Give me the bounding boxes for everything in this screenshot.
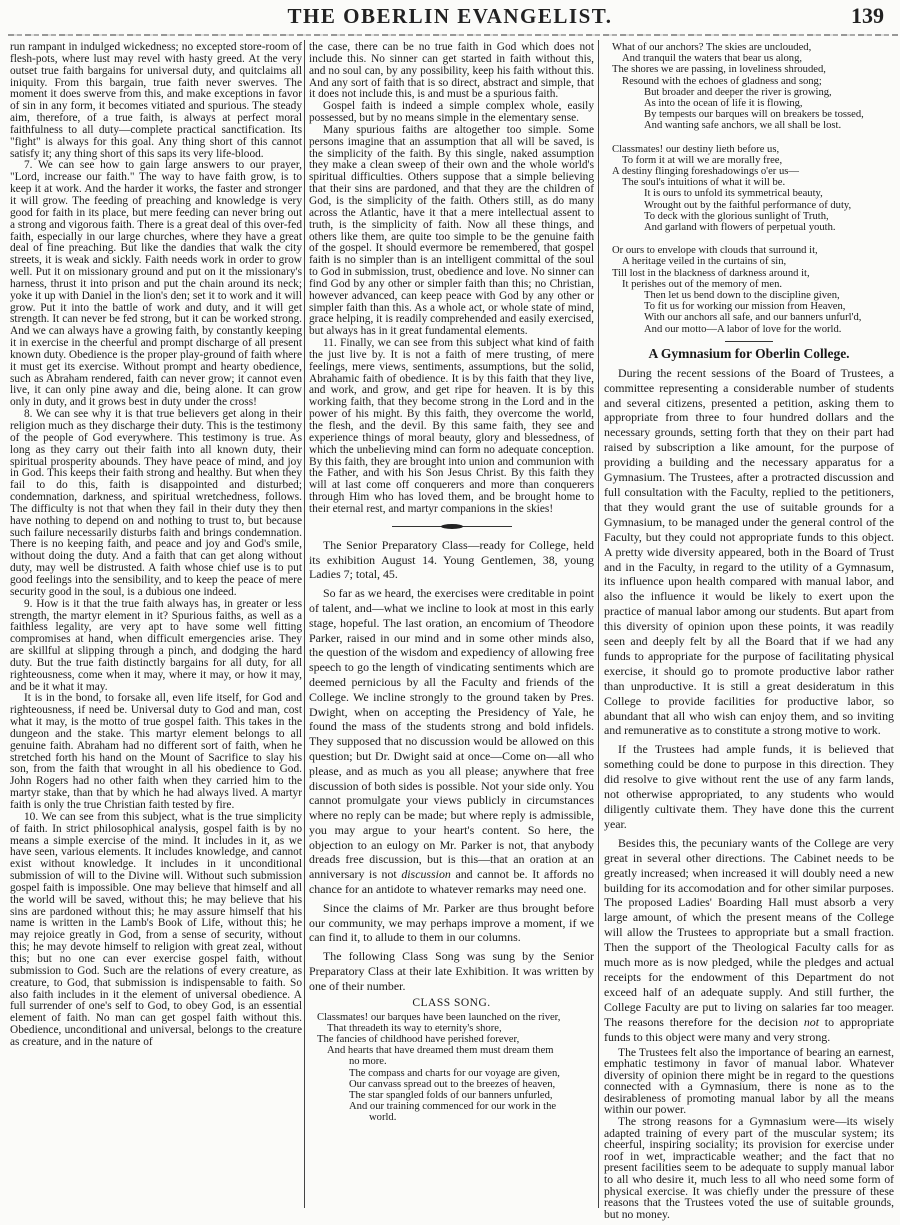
article-paragraph: Gospel faith is indeed a simple complex … <box>309 101 594 125</box>
verse-line: And our motto—A labor of love for the wo… <box>612 324 894 335</box>
verse-line: The star spangled folds of our banners u… <box>317 1090 594 1101</box>
notice-paragraph: The following Class Song was sung by the… <box>309 949 594 993</box>
verse-line: With our anchors all safe, and our banne… <box>612 312 894 323</box>
verse-line: Classmates! our destiny lieth before us, <box>612 144 894 155</box>
verse-line: Wrought out by the faithful performance … <box>612 200 894 211</box>
article-paragraph: run rampant in indulged wickedness; no e… <box>10 42 302 160</box>
article-paragraph: It is in the bond, to forsake all, even … <box>10 693 302 811</box>
song-title: CLASS SONG. <box>309 998 594 1010</box>
verse-line: A destiny flinging foreshadowings o'er u… <box>612 166 894 177</box>
verse-line: The shores we are passing, in loveliness… <box>612 64 894 75</box>
column-rule <box>304 40 305 1208</box>
verse-line: But broader and deeper the river is grow… <box>612 87 894 98</box>
verse-line: And wanting safe anchors, we all shall b… <box>612 120 894 131</box>
song-stanza: Or ours to envelope with clouds that sur… <box>612 245 894 335</box>
article-paragraph: The Trustees felt also the importance of… <box>604 1047 894 1117</box>
notice-paragraph: The Senior Preparatory Class—ready for C… <box>309 538 594 582</box>
verse-line: no more. <box>317 1056 594 1067</box>
article-paragraph: the case, there can be no true faith in … <box>309 42 594 101</box>
article-paragraph: 9. How is it that the true faith always … <box>10 599 302 694</box>
notice-paragraph: Since the claims of Mr. Parker are thus … <box>309 901 594 945</box>
song-stanza: Classmates! our destiny lieth before us,… <box>612 144 894 234</box>
column-rule <box>598 40 599 1208</box>
verse-line: Till lost in the blackness of darkness a… <box>612 268 894 279</box>
verse-line: As into the ocean of life it is flowing, <box>612 98 894 109</box>
verse-line: What of our anchors? The skies are unclo… <box>612 42 894 53</box>
column-left: run rampant in indulged wickedness; no e… <box>10 42 302 1049</box>
column-middle: the case, there can be no true faith in … <box>309 42 594 1124</box>
verse-line: The soul's intuitions of what it will be… <box>612 177 894 188</box>
column-right: What of our anchors? The skies are unclo… <box>604 42 894 1220</box>
article-paragraph: 7. We can see how to gain large answers … <box>10 160 302 409</box>
article-paragraph: The strong reasons for a Gymnasium were—… <box>604 1116 894 1220</box>
verse-line: To fit us for working our mission from H… <box>612 301 894 312</box>
verse-line: That threadeth its way to eternity's sho… <box>317 1023 594 1034</box>
article-paragraph: During the recent sessions of the Board … <box>604 366 894 739</box>
verse-line: world. <box>317 1112 594 1123</box>
verse-line: And hearts that have dreamed them must d… <box>317 1045 594 1056</box>
verse-line: And tranquil the waters that bear us alo… <box>612 53 894 64</box>
emphasis: not <box>804 1015 819 1029</box>
song-stanza: Classmates! our barques have been launch… <box>317 1012 594 1124</box>
newspaper-title: THE OBERLIN EVANGELIST. <box>0 4 900 29</box>
verse-line: To form it at will we are morally free, <box>612 155 894 166</box>
divider-rule <box>725 341 773 342</box>
verse-line: The fancies of childhood have perished f… <box>317 1034 594 1045</box>
verse-line: Classmates! our barques have been launch… <box>317 1012 594 1023</box>
verse-line: And our training commenced for our work … <box>317 1101 594 1112</box>
verse-line: Our canvass spread out to the breezes of… <box>317 1079 594 1090</box>
article-paragraph: Besides this, the pecuniary wants of the… <box>604 836 894 1045</box>
article-paragraph: Many spurious faiths are altogether too … <box>309 125 594 338</box>
verse-line: Then let us bend down to the discipline … <box>612 290 894 301</box>
page-number: 139 <box>851 3 884 29</box>
article-paragraph: If the Trustees had ample funds, it is b… <box>604 742 894 831</box>
ornamental-divider <box>392 525 512 528</box>
notice-paragraph: So far as we heard, the exercises were c… <box>309 586 594 897</box>
verse-line: By tempests our barques will on breakers… <box>612 109 894 120</box>
masthead: THE OBERLIN EVANGELIST. 139 <box>0 2 900 30</box>
article-paragraph: 10. We can see from this subject, what i… <box>10 812 302 1049</box>
verse-line: To deck with the glorious sunlight of Tr… <box>612 211 894 222</box>
section-heading: A Gymnasium for Oberlin College. <box>604 348 894 360</box>
song-stanza: What of our anchors? The skies are unclo… <box>612 42 894 132</box>
emphasis: discussion <box>401 867 451 881</box>
verse-line: A heritage veiled in the curtains of sin… <box>612 256 894 267</box>
article-paragraph: 11. Finally, we can see from this subjec… <box>309 338 594 516</box>
verse-line: Resound with the echoes of gladness and … <box>612 76 894 87</box>
article-paragraph: 8. We can see why it is that true believ… <box>10 409 302 599</box>
header-rule <box>8 34 898 36</box>
verse-line: Or ours to envelope with clouds that sur… <box>612 245 894 256</box>
verse-line: It perishes out of the memory of men. <box>612 279 894 290</box>
verse-line: And garland with flowers of perpetual yo… <box>612 222 894 233</box>
verse-line: The compass and charts for our voyage ar… <box>317 1068 594 1079</box>
verse-line: It is ours to unfold its symmetrical bea… <box>612 188 894 199</box>
